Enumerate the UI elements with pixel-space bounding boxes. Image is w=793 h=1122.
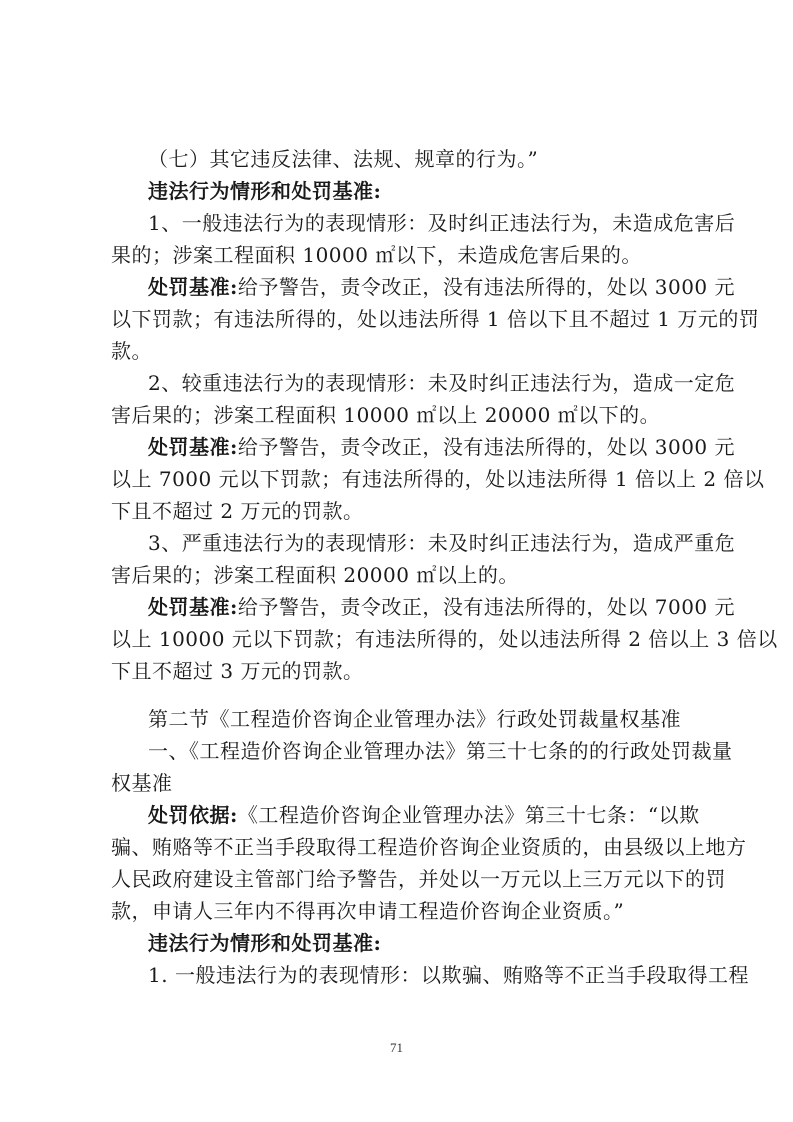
label-penalty-standard: 处罚基准: (148, 275, 238, 299)
text-line: 款。 (111, 338, 689, 364)
label-penalty-standard: 处罚基准: (148, 435, 238, 459)
subsection-heading: 一、《工程造价咨询企业管理办法》第三十七条的的行政处罚裁量 (148, 738, 689, 764)
label-penalty-basis: 处罚依据: (148, 803, 238, 827)
text-line: （七）其它违反法律、法规、规章的行为。” (148, 146, 689, 172)
text-line: 1、一般违法行为的表现情形：及时纠正违法行为，未造成危害后 (148, 210, 689, 236)
text-line: 处罚基准:给予警告，责令改正，没有违法所得的，处以 3000 元 (148, 274, 689, 300)
text-line: 处罚基准:给予警告，责令改正，没有违法所得的，处以 3000 元 (148, 434, 689, 460)
text-line: 下且不超过 2 万元的罚款。 (111, 498, 689, 524)
section-label: 违法行为情形和处罚基准: (148, 178, 689, 204)
page-number: 71 (0, 1040, 793, 1056)
document-page: （七）其它违反法律、法规、规章的行为。” 违法行为情形和处罚基准: 1、一般违法… (0, 0, 793, 1122)
text-line: 处罚依据:《工程造价咨询企业管理办法》第三十七条：“以欺 (148, 802, 689, 828)
text-line: 以下罚款；有违法所得的，处以违法所得 1 倍以下且不超过 1 万元的罚 (111, 306, 689, 332)
text-line: 害后果的；涉案工程面积 10000 ㎡以上 20000 ㎡以下的。 (111, 402, 689, 428)
text-line: 款，申请人三年内不得再次申请工程造价咨询企业资质。” (111, 898, 689, 924)
text-line: 以上 10000 元以下罚款；有违法所得的，处以违法所得 2 倍以上 3 倍以 (111, 626, 689, 652)
text-line: 处罚基准:给予警告，责令改正，没有违法所得的，处以 7000 元 (148, 594, 689, 620)
text-line: 骗、贿赂等不正当手段取得工程造价咨询企业资质的，由县级以上地方 (111, 834, 689, 860)
text-line: 3、严重违法行为的表现情形：未及时纠正违法行为，造成严重危 (148, 530, 689, 556)
text-line: 人民政府建设主管部门给予警告，并处以一万元以上三万元以下的罚 (111, 866, 689, 892)
text-line: 2、较重违法行为的表现情形：未及时纠正违法行为，造成一定危 (148, 370, 689, 396)
text-line: 1. 一般违法行为的表现情形：以欺骗、贿赂等不正当手段取得工程 (148, 962, 689, 988)
section-label: 违法行为情形和处罚基准: (148, 930, 689, 956)
section-heading: 第二节《工程造价咨询企业管理办法》行政处罚裁量权基准 (148, 706, 689, 732)
text-line: 以上 7000 元以下罚款；有违法所得的，处以违法所得 1 倍以上 2 倍以 (111, 466, 689, 492)
text-line: 害后果的；涉案工程面积 20000 ㎡以上的。 (111, 562, 689, 588)
text-line: 下且不超过 3 万元的罚款。 (111, 658, 689, 684)
label-penalty-standard: 处罚基准: (148, 595, 238, 619)
subsection-heading-cont: 权基准 (111, 770, 689, 796)
text-line: 果的；涉案工程面积 10000 ㎡以下，未造成危害后果的。 (111, 242, 689, 268)
